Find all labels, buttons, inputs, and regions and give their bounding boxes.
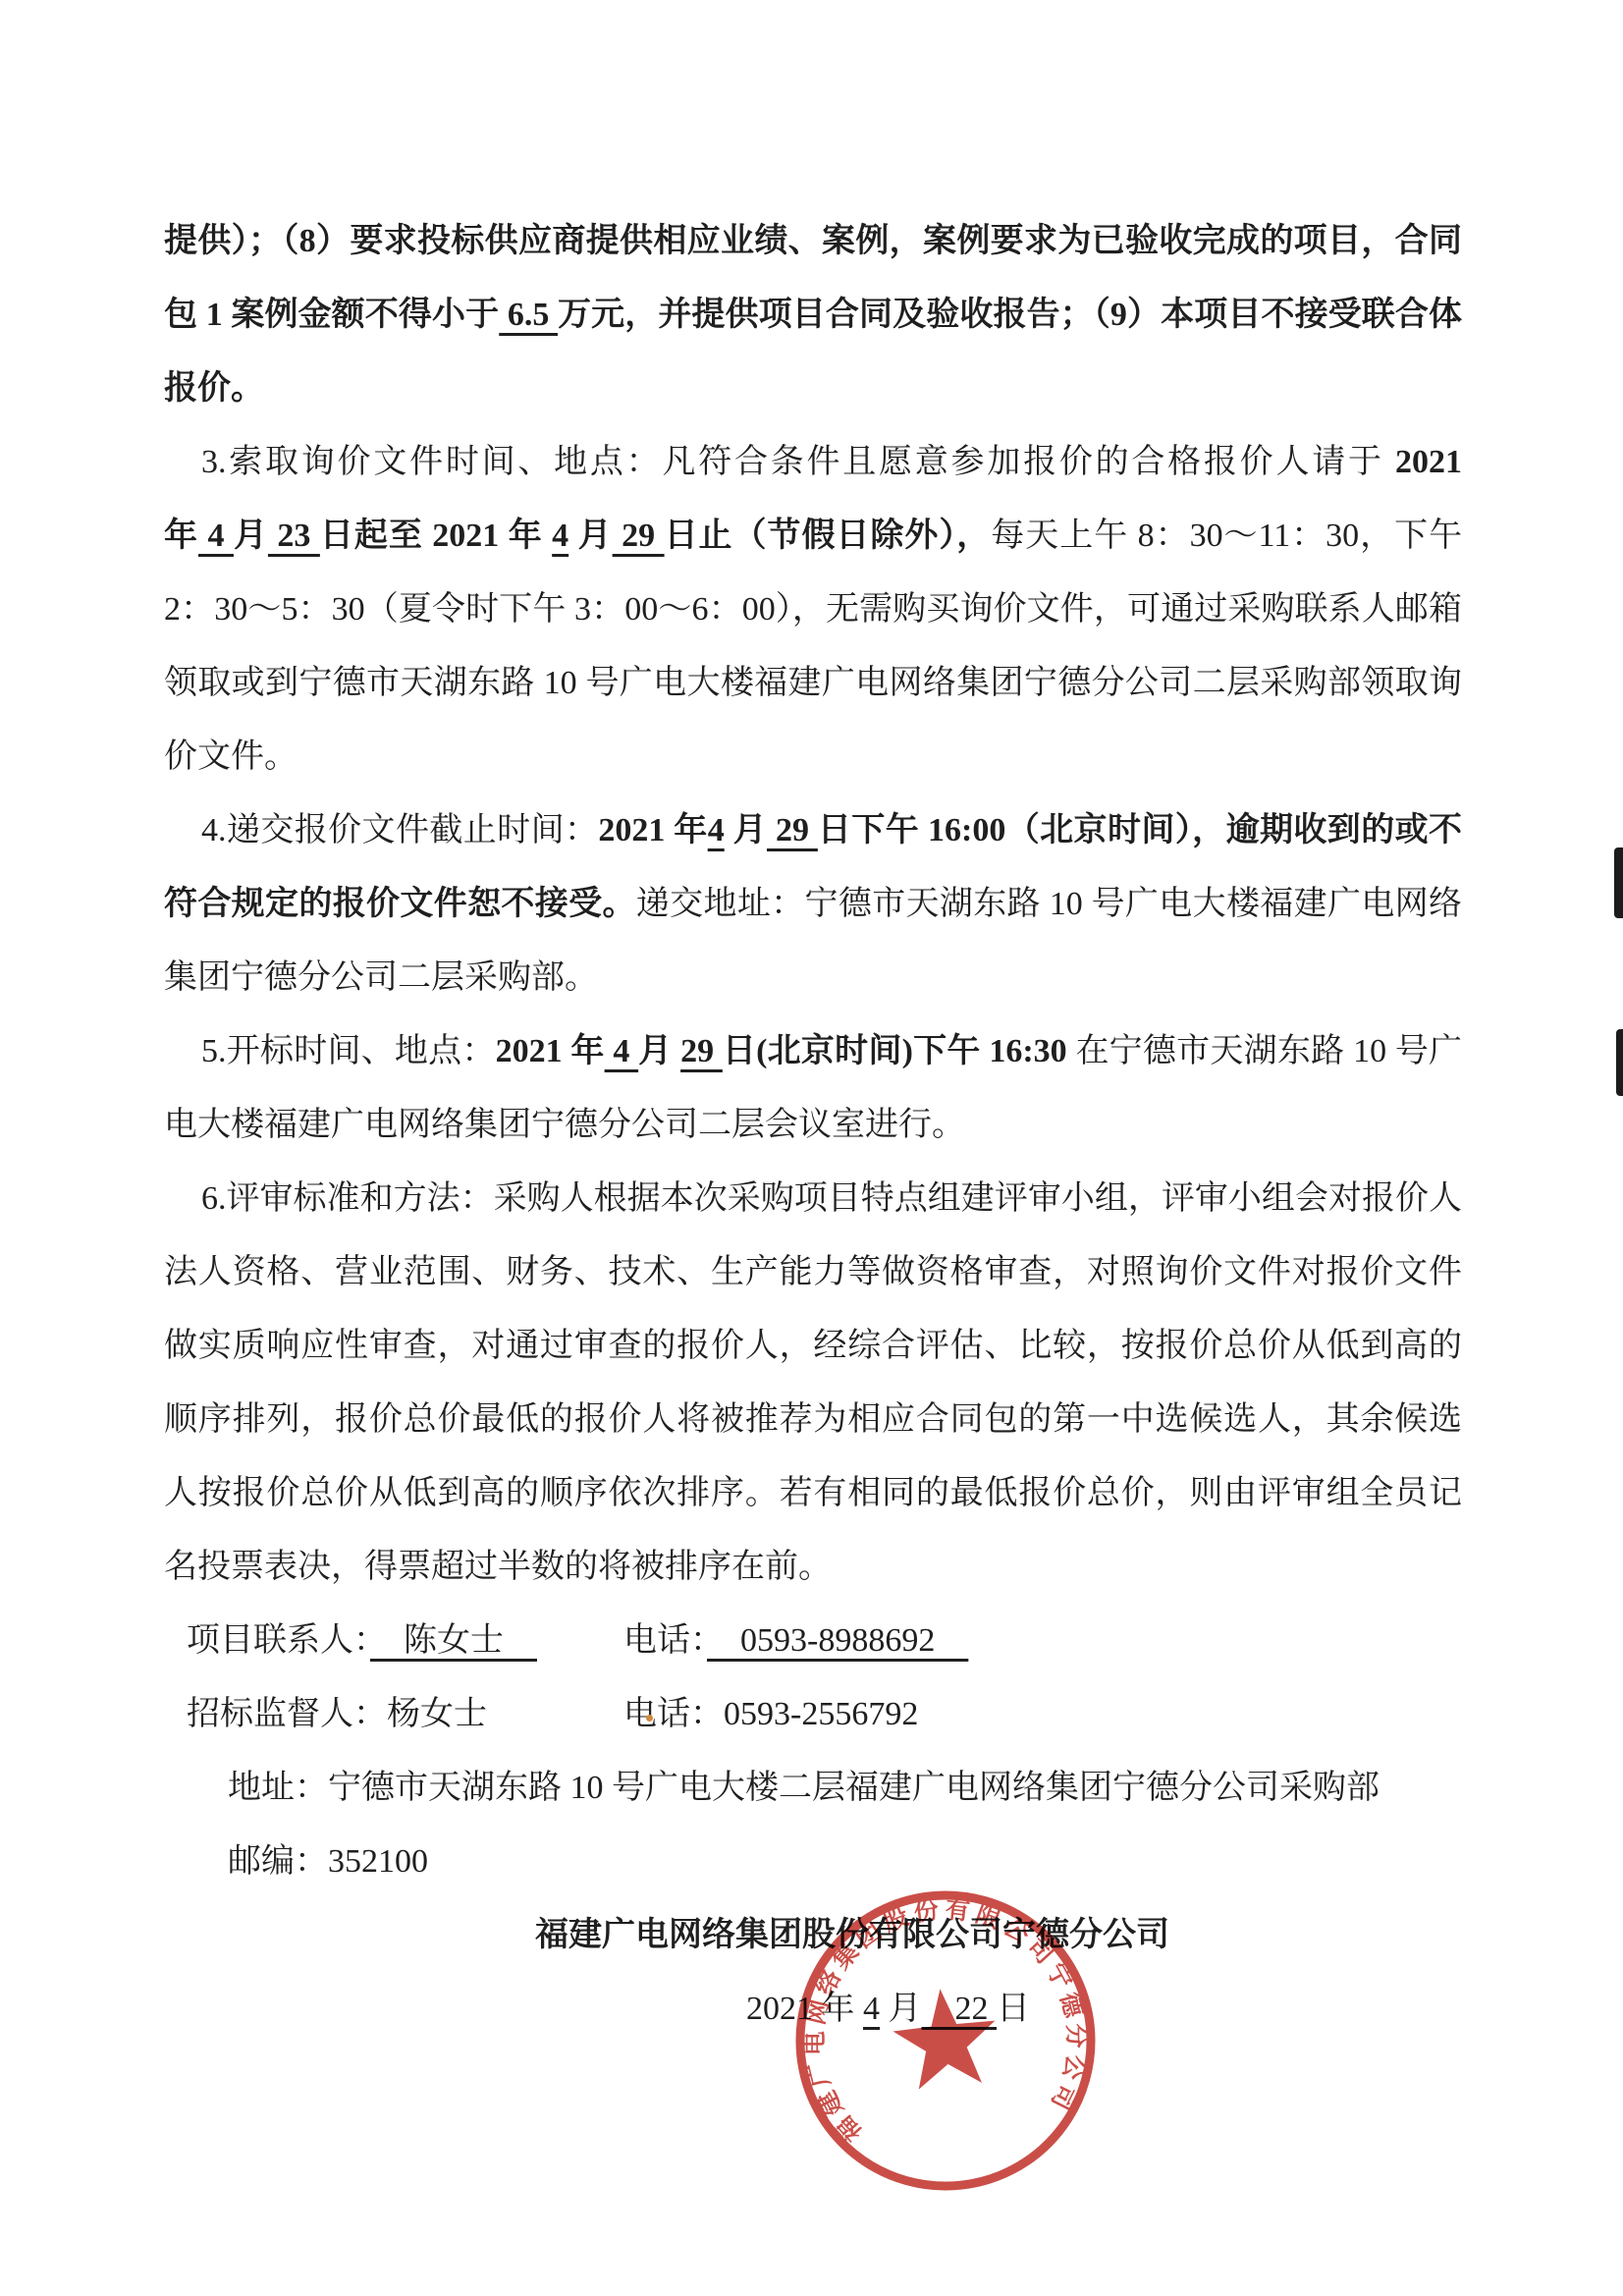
contact-label: 招标监督人： xyxy=(187,1696,387,1732)
contact-value: 陈女士 xyxy=(370,1622,537,1659)
text-run: 日(北京时间)下午 16:30 xyxy=(723,1033,1076,1069)
document-body: 提供）；（8）要求投标供应商提供相应业绩、案例，案例要求为已验收完成的项目，合同… xyxy=(164,0,1462,2046)
text-run: 月 xyxy=(638,1033,680,1069)
address-label: 地址： xyxy=(228,1770,328,1806)
text-run: 23 xyxy=(268,518,320,554)
scan-artifact xyxy=(1614,847,1623,918)
text-run: 2021 年 xyxy=(496,1033,605,1069)
contact-block: 项目联系人： 陈女士 电话： 0593-8988692 招标监督人：杨女士电话：… xyxy=(164,1604,1462,1898)
text-run: 29 xyxy=(613,518,665,554)
text-run: 29 xyxy=(767,812,818,848)
text-run: 4 xyxy=(552,518,568,554)
paragraph-evaluation-criteria: 6.评审标准和方法：采购人根据本次采购项目特点组建评审小组，评审小组会对报价人法… xyxy=(164,1162,1462,1604)
paragraph-supplier-requirements: 提供）；（8）要求投标供应商提供相应业绩、案例，案例要求为已验收完成的项目，合同… xyxy=(164,204,1462,425)
text-run: 3.索取询价文件时间、地点：凡符合条件且愿意参加报价的合格报价人请于 xyxy=(201,444,1395,480)
contact-right: 电话：0593-2556792 xyxy=(623,1696,918,1732)
text-run: 29 xyxy=(680,1033,723,1069)
contact-line-bid-supervisor: 招标监督人：杨女士电话：0593-2556792 xyxy=(187,1677,1462,1751)
phone-label: 电话： xyxy=(623,1622,707,1659)
contact-value: 杨女士 xyxy=(387,1696,487,1732)
phone-value: 0593-8988692 xyxy=(707,1622,968,1659)
text-run: 5.开标时间、地点： xyxy=(201,1033,496,1069)
text-run: 4.递交报价文件截止时间： xyxy=(201,812,598,848)
paragraph-obtain-inquiry-documents: 3.索取询价文件时间、地点：凡符合条件且愿意参加报价的合格报价人请于 2021 … xyxy=(164,425,1462,793)
text-run: 月 xyxy=(568,518,612,554)
document-page: 提供）；（8）要求投标供应商提供相应业绩、案例，案例要求为已验收完成的项目，合同… xyxy=(0,0,1623,2296)
text-run: 4 xyxy=(708,812,725,848)
company-seal-stamp: 福建广电网络集团股份有限公司宁德分公司 xyxy=(762,1857,1129,2224)
text-run: 4 xyxy=(605,1033,638,1069)
phone-value: 0593-2556792 xyxy=(724,1696,918,1732)
text-run: 每天上午 8：30～11：30，下午 2：30～5：30（夏令时下午 3：00～… xyxy=(164,518,1462,775)
text-run: 月 xyxy=(234,518,268,554)
postal-label: 邮编： xyxy=(228,1843,328,1880)
text-run: 月 xyxy=(725,812,767,848)
paragraph-bid-opening: 5.开标时间、地点：2021 年 4 月 29 日(北京时间)下午 16:30 … xyxy=(164,1014,1462,1162)
text-run: 6.5 xyxy=(499,297,558,333)
contact-left: 项目联系人： 陈女士 xyxy=(187,1604,623,1677)
scan-artifact xyxy=(646,1715,653,1722)
paragraph-submission-deadline: 4.递交报价文件截止时间：2021 年4 月 29 日下午 16:00（北京时间… xyxy=(164,793,1462,1014)
contact-label: 项目联系人： xyxy=(187,1622,370,1659)
text-run: 日止（节假日除外）， xyxy=(665,518,992,554)
postal-value: 352100 xyxy=(328,1843,428,1880)
phone-label: 电话： xyxy=(623,1696,724,1732)
contact-line-project-contact: 项目联系人： 陈女士 电话： 0593-8988692 xyxy=(187,1604,1462,1677)
text-run: 日起至 2021 年 xyxy=(320,518,552,554)
seal-star-icon xyxy=(889,1984,1001,2092)
contact-line-address: 地址：宁德市天湖东路 10 号广电大楼二层福建广电网络集团宁德分公司采购部 xyxy=(187,1751,1462,1825)
contact-right: 电话： 0593-8988692 xyxy=(623,1622,968,1659)
text-run: 6.评审标准和方法：采购人根据本次采购项目特点组建评审小组，评审小组会对报价人法… xyxy=(164,1180,1462,1585)
text-run: 4 xyxy=(198,518,234,554)
contact-left: 招标监督人：杨女士 xyxy=(187,1677,623,1751)
address-value: 宁德市天湖东路 10 号广电大楼二层福建广电网络集团宁德分公司采购部 xyxy=(328,1770,1380,1806)
text-run: 2021 年 xyxy=(598,812,707,848)
scan-artifact xyxy=(1616,1029,1623,1096)
